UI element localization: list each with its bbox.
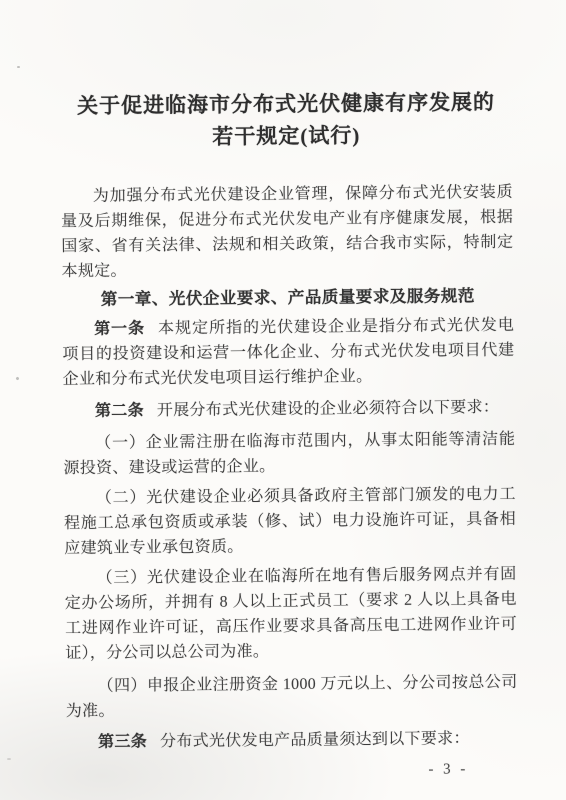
intro-paragraph: 为加强分布式光伏建设企业管理，保障分布式光伏安装质量及后期维保，促进分布式光伏发…	[61, 180, 514, 284]
scanned-document-page: 关于促进临海市分布式光伏健康有序发展的若干规定(试行) 为加强分布式光伏建设企业…	[0, 0, 566, 800]
article-2-label: 第二条	[95, 402, 144, 419]
article-2-text: 开展分布式光伏建设的企业必须符合以下要求：	[157, 399, 499, 419]
article-3: 第三条分布式光伏发电产品质量须达到以下要求：	[66, 726, 518, 755]
clause-4-label: （四）	[98, 677, 147, 694]
page-number: - 3 -	[66, 761, 518, 782]
clause-2-label: （二）	[96, 489, 147, 506]
article-3-label: 第三条	[98, 733, 147, 750]
scan-speck	[15, 376, 19, 380]
article-2: 第二条开展分布式光伏建设的企业必须符合以下要求：	[63, 395, 515, 424]
clause-2: （二）光伏建设企业必须具备政府主管部门颁发的电力工程施工总承包资质或承装（修、试…	[64, 482, 517, 561]
chapter-heading: 第一章、光伏企业要求、产品质量要求及服务规范	[62, 283, 514, 312]
clause-3: （三）光伏建设企业在临海所在地有售后服务网点并有固定办公场所，并拥有 8 人以上…	[64, 562, 517, 666]
document-title: 关于促进临海市分布式光伏健康有序发展的若干规定(试行)	[60, 86, 513, 154]
document-title-line-2: 若干规定(试行)	[212, 123, 360, 148]
clause-4: （四）申报企业注册资金 1000 万元以上、分公司按总公司为准。	[65, 670, 517, 724]
document-title-line-1: 关于促进临海市分布式光伏健康有序发展的	[77, 90, 495, 118]
article-1-label: 第一条	[94, 320, 145, 337]
clause-1: （一）企业需注册在临海市范围内，从事太阳能等清洁能源投资、建设或运营的企业。	[63, 427, 515, 481]
scan-speck	[7, 758, 11, 760]
article-1: 第一条本规定所指的光伏建设企业是指分布式光伏发电项目的投资建设和运营一体化企业、…	[62, 313, 515, 392]
scan-speck	[17, 66, 20, 68]
clause-3-label: （三）	[96, 569, 147, 586]
clause-1-label: （一）	[95, 434, 146, 451]
article-3-text: 分布式光伏发电产品质量须达到以下要求：	[160, 730, 470, 750]
document-content: 关于促进临海市分布式光伏健康有序发展的若干规定(试行) 为加强分布式光伏建设企业…	[59, 0, 518, 782]
